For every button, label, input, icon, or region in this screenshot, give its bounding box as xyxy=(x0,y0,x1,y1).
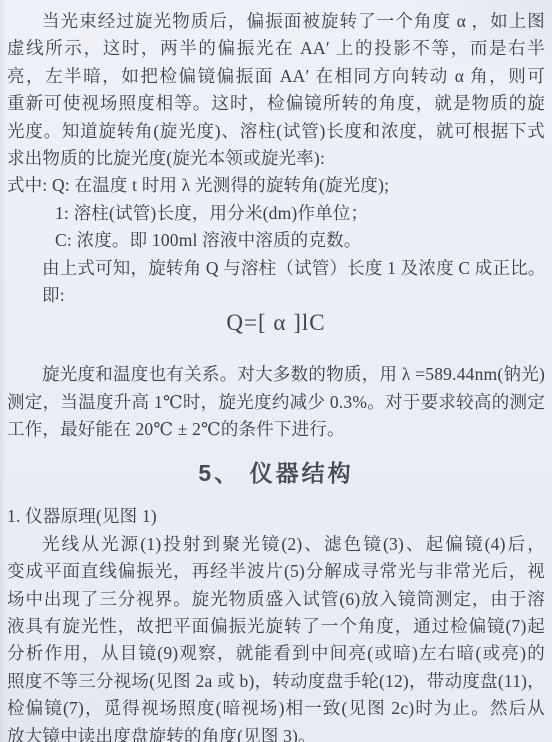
body-text-line: 亮，左半暗，如把检偏镜偏振面 AA′ 在相同方向转动 α 角，则可 xyxy=(7,63,545,90)
body-text-line: 光度。知道旋转角(旋光度)、溶柱(试管)长度和浓度，就可根据下式 xyxy=(7,118,545,145)
body-text-line: 检偏镜(7)，觅得视场照度(暗视场)相一致(见图 2c)时为止。然后从 xyxy=(7,695,545,722)
body-text-line: 当光束经过旋光物质后，偏振面被旋转了一个角度 α ，如上图 xyxy=(7,8,545,35)
page-content: 当光束经过旋光物质后，偏振面被旋转了一个角度 α ，如上图虚线所示，这时，两半的… xyxy=(0,0,552,742)
body-text-line: 测定，当温度升高 1℃时，旋光度约减少 0.3%。对于要求较高的测定 xyxy=(7,389,545,416)
body-text-line: 分析作用，从目镜(9)观察，就能看到中间亮(或暗)左右暗(或亮)的 xyxy=(7,640,545,667)
body-text-line: C: 浓度。即 100ml 溶液中溶质的克数。 xyxy=(7,227,545,254)
body-text-line: 即: xyxy=(7,282,545,309)
body-text-line: 光线从光源(1)投射到聚光镜(2)、滤色镜(3)、起偏镜(4)后， xyxy=(7,531,545,558)
body-text-line: 重新可使视场照度相等。这时，检偏镜所转的角度，就是物质的旋 xyxy=(7,90,545,117)
body-text-line: 由上式可知，旋转角 Q 与溶柱（试管）长度 1 及浓度 C 成正比。 xyxy=(7,255,545,282)
document-page: 当光束经过旋光物质后，偏振面被旋转了一个角度 α ，如上图虚线所示，这时，两半的… xyxy=(0,0,552,742)
body-text-line: 式中: Q: 在温度 t 时用 λ 光测得的旋转角(旋光度); xyxy=(7,172,545,199)
body-text-line: 场中出现了三分视界。旋光物质盛入试管(6)放入镜筒测定，由于溶 xyxy=(7,586,545,613)
body-text-line: 液具有旋光性，故把平面偏振光旋转了一个角度，通过检偏镜(7)起 xyxy=(7,613,545,640)
body-text-line: 旋光度和温度也有关系。对大多数的物质，用 λ =589.44nm(钠光) xyxy=(7,361,545,388)
body-text-line: 工作，最好能在 20℃ ± 2℃的条件下进行。 xyxy=(7,416,545,443)
section-heading: 5、 仪器结构 xyxy=(7,458,545,488)
body-text-line: 变成平面直线偏振光，再经半波片(5)分解成寻常光与非常光后，视 xyxy=(7,558,545,585)
body-text-line: 1. 仪器原理(见图 1) xyxy=(7,503,545,530)
body-text-line: 虚线所示，这时，两半的偏振光在 AA′ 上的投影不等，而是右半 xyxy=(7,35,545,62)
formula-line: Q=[ α ]lC xyxy=(7,309,545,337)
body-text-line: 1: 溶柱(试管)长度，用分米(dm)作单位； xyxy=(7,200,545,227)
body-text-line: 放大镜中读出度盘旋转的角度(见图 3)。 xyxy=(7,723,545,742)
body-text-line: 求出物质的比旋光度(旋光本领或旋光率): xyxy=(7,145,545,172)
body-text-line: 照度不等三分视场(见图 2a 或 b)，转动度盘手轮(12)，带动度盘(11)， xyxy=(7,668,545,695)
